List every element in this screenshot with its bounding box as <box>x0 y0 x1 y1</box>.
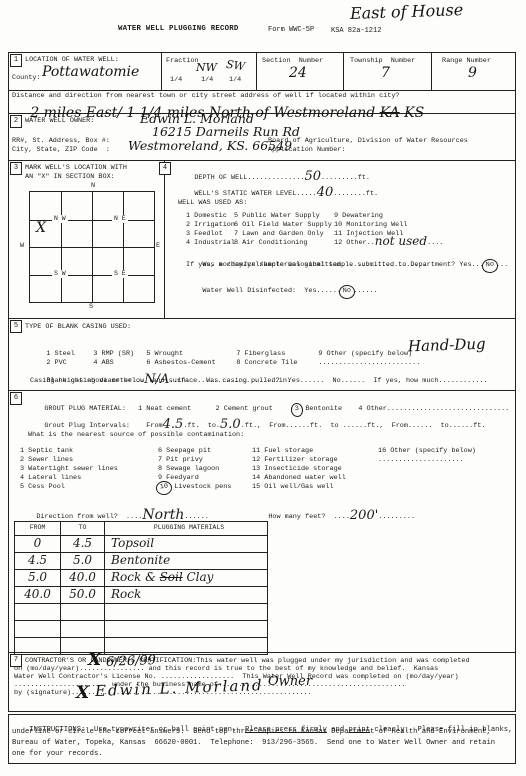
instructions-line3: Bureau of Water, Topeka, Kansas 66620-00… <box>12 739 495 748</box>
section-5-title: TYPE OF BLANK CASING USED: <box>25 323 131 332</box>
section-number-value: 24 <box>289 64 307 82</box>
contamination-option: 4 Lateral lines <box>20 474 118 483</box>
instructions-line2: underline or circle the correct answers.… <box>12 728 491 737</box>
contamination-option-other: 16 Other (specify below) <box>378 447 476 456</box>
contamination-col3: 11 Fuel storage 12 Fertilizer storage 13… <box>252 447 346 492</box>
casing-other-value: Hand-Dug <box>408 335 486 357</box>
plugging-materials-table: FROM TO PLUGGING MATERIALS 0 4.5 Topsoil… <box>14 521 268 655</box>
table-row-empty <box>15 603 267 620</box>
use-option: 1 Domestic <box>186 212 235 221</box>
township-number-value: 7 <box>381 64 390 82</box>
use-option: 8 Air Conditioning <box>234 239 332 248</box>
instructions-line4: one for your records. <box>12 750 103 759</box>
other-use-value: not used <box>375 234 427 248</box>
casing-height-line: Casing height above or below land surfac… <box>30 377 291 386</box>
use-option: 2 Irrigation <box>186 221 235 230</box>
contamination-option: 7 Pit privy <box>158 456 231 465</box>
interval-to-value: 5.0 <box>220 417 241 432</box>
compass-west-label: W <box>20 242 24 251</box>
county-label: County: <box>12 74 41 83</box>
table-row: 4.5 5.0 Bentonite <box>15 552 267 569</box>
x-mark-over-date: X <box>88 649 101 671</box>
use-option: 9 Dewatering <box>334 212 443 221</box>
casing-other-dotted-line: ......................... <box>318 359 420 367</box>
materials-header: PLUGGING MATERIALS <box>105 522 267 535</box>
to-header: TO <box>61 522 105 535</box>
contamination-option: 2 Sewer lines <box>20 456 118 465</box>
x-mark-before-signature: X <box>76 682 89 704</box>
table-row: 0 4.5 Topsoil <box>15 535 267 552</box>
section-2-number: 2 <box>10 115 22 128</box>
contamination-option: 12 Fertilizer storage <box>252 456 346 465</box>
well-use-options-col2: 5 Public Water Supply 6 Oil Field Water … <box>234 212 332 248</box>
disinfected-line: Water Well Disinfected: Yes......No.....… <box>186 278 378 305</box>
well-use-options-col1: 1 Domestic 2 Irrigation 3 Feedlot 4 Indu… <box>186 212 235 248</box>
grid-se-label: S E <box>112 270 128 278</box>
fraction-quarter-2: 1/4 <box>201 76 213 85</box>
range-number-value: 9 <box>468 64 477 82</box>
static-level-label-end: ........ft. <box>333 190 378 198</box>
well-use-options-col3: 9 Dewatering 10 Monitoring Well 11 Injec… <box>334 212 443 248</box>
contamination-option: 13 Insecticide storage <box>252 465 346 474</box>
casing-option: 8 Concrete Tile <box>236 359 318 368</box>
compass-north-label: N <box>91 182 95 191</box>
grid-nw-label: N W <box>52 215 68 223</box>
distance-state: KS <box>400 105 425 121</box>
fraction-quarter-1: 1/4 <box>170 76 182 85</box>
use-option-other: 12 Other..not used.... <box>334 239 443 248</box>
use-option: 10 Monitoring Well <box>334 221 443 230</box>
casing-option: 2 PVC <box>46 359 93 368</box>
agency-label: Board of Agriculture, Division of Water … <box>268 137 468 146</box>
contamination-option: 5 Cess Pool <box>20 483 118 492</box>
casing-option: 6 Asbestos-Cement <box>146 359 236 368</box>
well-location-x-mark: X <box>36 220 46 236</box>
completion-date-value: 6/26/99 <box>106 653 157 672</box>
contamination-col4: 16 Other (specify below) ...............… <box>378 447 476 465</box>
fraction-sw-value: SW <box>225 58 246 75</box>
from-header: FROM <box>15 522 61 535</box>
contamination-option: 15 Oil well/Gas well <box>252 483 346 492</box>
contamination-option: 14 Abandoned water well <box>252 474 346 483</box>
contamination-option: 11 Fuel storage <box>252 447 346 456</box>
casing-option: 4 ABS <box>93 359 146 368</box>
contamination-col2: 6 Seepage pit 7 Pit privy 8 Sewage lagoo… <box>158 447 231 493</box>
section-3-title-line2: AN "X" IN SECTION BOX: <box>25 173 115 182</box>
feet-value: 200' <box>350 508 378 523</box>
well-used-as-label: WELL WAS USED AS: <box>178 199 247 208</box>
section-3-number: 3 <box>10 162 22 175</box>
city-state-zip-label: City, State, ZIP Code : <box>12 146 110 155</box>
disinfected-no-circled: No <box>338 284 356 299</box>
use-option: 4 Industrial <box>186 239 235 248</box>
county-value: Pottawatomie <box>42 63 139 81</box>
contamination-other-dotted-line: ..................... <box>378 456 476 465</box>
section-location-grid: N W N E S W S E X <box>29 191 155 303</box>
contamination-col1: 1 Septic tank 2 Sewer lines 3 Watertight… <box>20 447 118 492</box>
fraction-nw-value: NW <box>196 61 217 75</box>
how-many-feet-line: How many feet? ....200'......... <box>252 504 415 530</box>
handwritten-header-note: East of House <box>350 0 464 25</box>
section-1-number: 1 <box>10 54 22 67</box>
section-5-number: 5 <box>10 320 22 333</box>
range-number-label: Range Number <box>442 57 491 66</box>
table-header-row: FROM TO PLUGGING MATERIALS <box>15 522 267 535</box>
sample-date-line: If yes, mo/day/yr sample was submitted..… <box>186 261 427 270</box>
distance-struck-text: KA <box>380 105 400 121</box>
compass-south-label: S <box>89 303 93 312</box>
compass-east-label: E <box>156 242 160 251</box>
contamination-option-livestock: 10 Livestock pens <box>158 483 231 493</box>
address-label: RR#, St. Address, Box #: <box>12 137 110 146</box>
interval-from-value: 4.5 <box>163 417 184 432</box>
use-option: 5 Public Water Supply <box>234 212 332 221</box>
table-row-empty <box>15 620 267 637</box>
use-option: 7 Lawn and Garden Only <box>234 230 332 239</box>
water-well-plugging-record-form: East of House WATER WELL PLUGGING RECORD… <box>0 0 526 776</box>
table-row: 5.0 40.0 Rock & Soil Clay <box>15 569 267 586</box>
contamination-option: 6 Seepage pit <box>158 447 231 456</box>
form-number: Form WWC-5P <box>268 26 314 35</box>
grid-sw-label: S W <box>52 270 68 278</box>
contamination-label: What is the nearest source of possible c… <box>28 431 244 440</box>
table-row: 40.0 50.0 Rock <box>15 586 267 603</box>
section-4-number: 4 <box>159 162 171 175</box>
application-number-label: Application Number: <box>268 146 346 155</box>
static-level-label: WELL'S STATIC WATER LEVEL..... <box>194 190 316 198</box>
contamination-option: 1 Septic tank <box>20 447 118 456</box>
section-3-title-line1: MARK WELL'S LOCATION WITH <box>25 164 127 173</box>
sample-no-circled: No <box>481 258 499 273</box>
fraction-quarter-3: 1/4 <box>229 76 241 85</box>
grid-ne-label: N E <box>112 215 128 223</box>
form-title: WATER WELL PLUGGING RECORD <box>118 25 239 35</box>
section-2-title: WATER WELL OWNER: <box>25 117 94 126</box>
form-statute: KSA 82a-1212 <box>331 27 381 36</box>
table-row-empty <box>15 637 267 654</box>
fraction-label: Fraction <box>166 57 199 66</box>
contamination-option: 8 Sewage lagoon <box>158 465 231 474</box>
use-option: 6 Oil Field Water Supply <box>234 221 332 230</box>
use-option: 3 Feedlot <box>186 230 235 239</box>
contamination-option: 3 Watertight sewer lines <box>20 465 118 474</box>
struck-word: Soil <box>160 570 183 584</box>
section-6-number: 6 <box>10 392 22 405</box>
static-level-value: 40 <box>317 185 334 200</box>
